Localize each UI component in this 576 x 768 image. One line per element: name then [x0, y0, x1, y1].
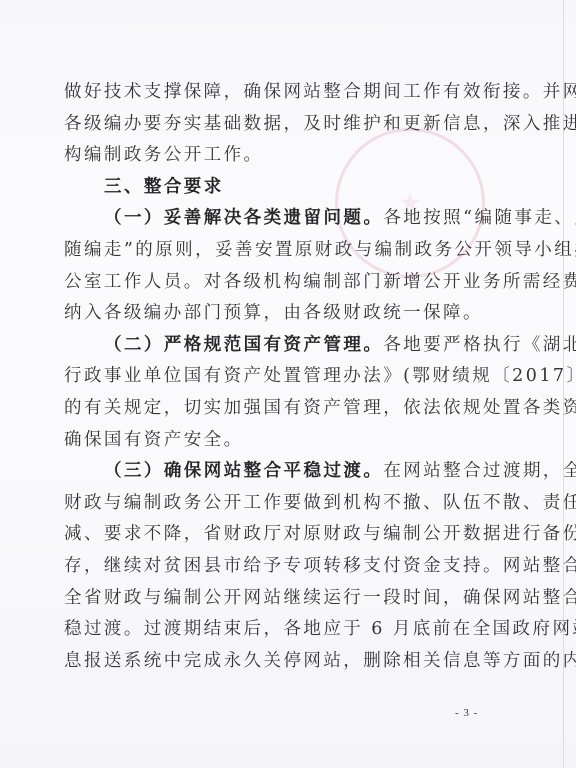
text-line: 各级编办要夯实基础数据，及时维护和更新信息，深入推进机: [64, 109, 509, 141]
text-line: 的有关规定，切实加强国有资产管理，依法依规处置各类资产，: [64, 393, 509, 425]
section-heading: 三、整合要求: [64, 172, 509, 204]
page-number: - 3 -: [455, 707, 478, 719]
text-line: 存，继续对贫困县市给予专项转移支付资金支持。网站整合后，: [64, 551, 509, 583]
paragraph-3-first-rest: 在网站整合过渡期，全省: [383, 461, 576, 481]
paragraph-2-first-rest: 各地要严格执行《湖北省: [383, 335, 576, 355]
document-page: 做好技术支撑保障，确保网站整合期间工作有效衔接。并网后， 各级编办要夯实基础数据…: [0, 0, 576, 768]
text-line: 全省财政与编制公开网站继续运行一段时间，确保网站整合平: [64, 583, 509, 615]
text-line: 做好技术支撑保障，确保网站整合期间工作有效衔接。并网后，: [64, 77, 509, 109]
text-line: 确保国有资产安全。: [64, 425, 509, 457]
paragraph-2-lead: （二）严格规范国有资产管理。: [104, 335, 383, 355]
text-line: 随编走”的原则，妥善安置原财政与编制政务公开领导小组办: [64, 235, 509, 267]
paragraph-1-lead: （一）妥善解决各类遗留问题。: [104, 208, 383, 228]
text-line: 减、要求不降，省财政厅对原财政与编制公开数据进行备份保: [64, 519, 509, 551]
text-line: 息报送系统中完成永久关停网站，删除相关信息等方面的内容，: [64, 646, 509, 678]
document-body: 做好技术支撑保障，确保网站整合期间工作有效衔接。并网后， 各级编办要夯实基础数据…: [64, 77, 509, 677]
paragraph-3-first-line: （三）确保网站整合平稳过渡。在网站整合过渡期，全省: [64, 456, 509, 488]
text-line: 公室工作人员。对各级机构编制部门新增公开业务所需经费，: [64, 267, 509, 299]
paragraph-1-first-rest: 各地按照“编随事走、人: [383, 208, 576, 228]
paragraph-2-first-line: （二）严格规范国有资产管理。各地要严格执行《湖北省: [64, 330, 509, 362]
text-line: 纳入各级编办部门预算，由各级财政统一保障。: [64, 298, 509, 330]
text-line: 行政事业单位国有资产处置管理办法》(鄂财绩规〔2017〕3号): [64, 361, 509, 393]
paragraph-3-lead: （三）确保网站整合平稳过渡。: [104, 461, 383, 481]
paragraph-1-first-line: （一）妥善解决各类遗留问题。各地按照“编随事走、人: [64, 203, 509, 235]
text-line: 构编制政务公开工作。: [64, 140, 509, 172]
text-line: 稳过渡。过渡期结束后，各地应于 6 月底前在全国政府网站信: [64, 614, 509, 646]
text-line: 财政与编制政务公开工作要做到机构不撤、队伍不散、责任不: [64, 488, 509, 520]
